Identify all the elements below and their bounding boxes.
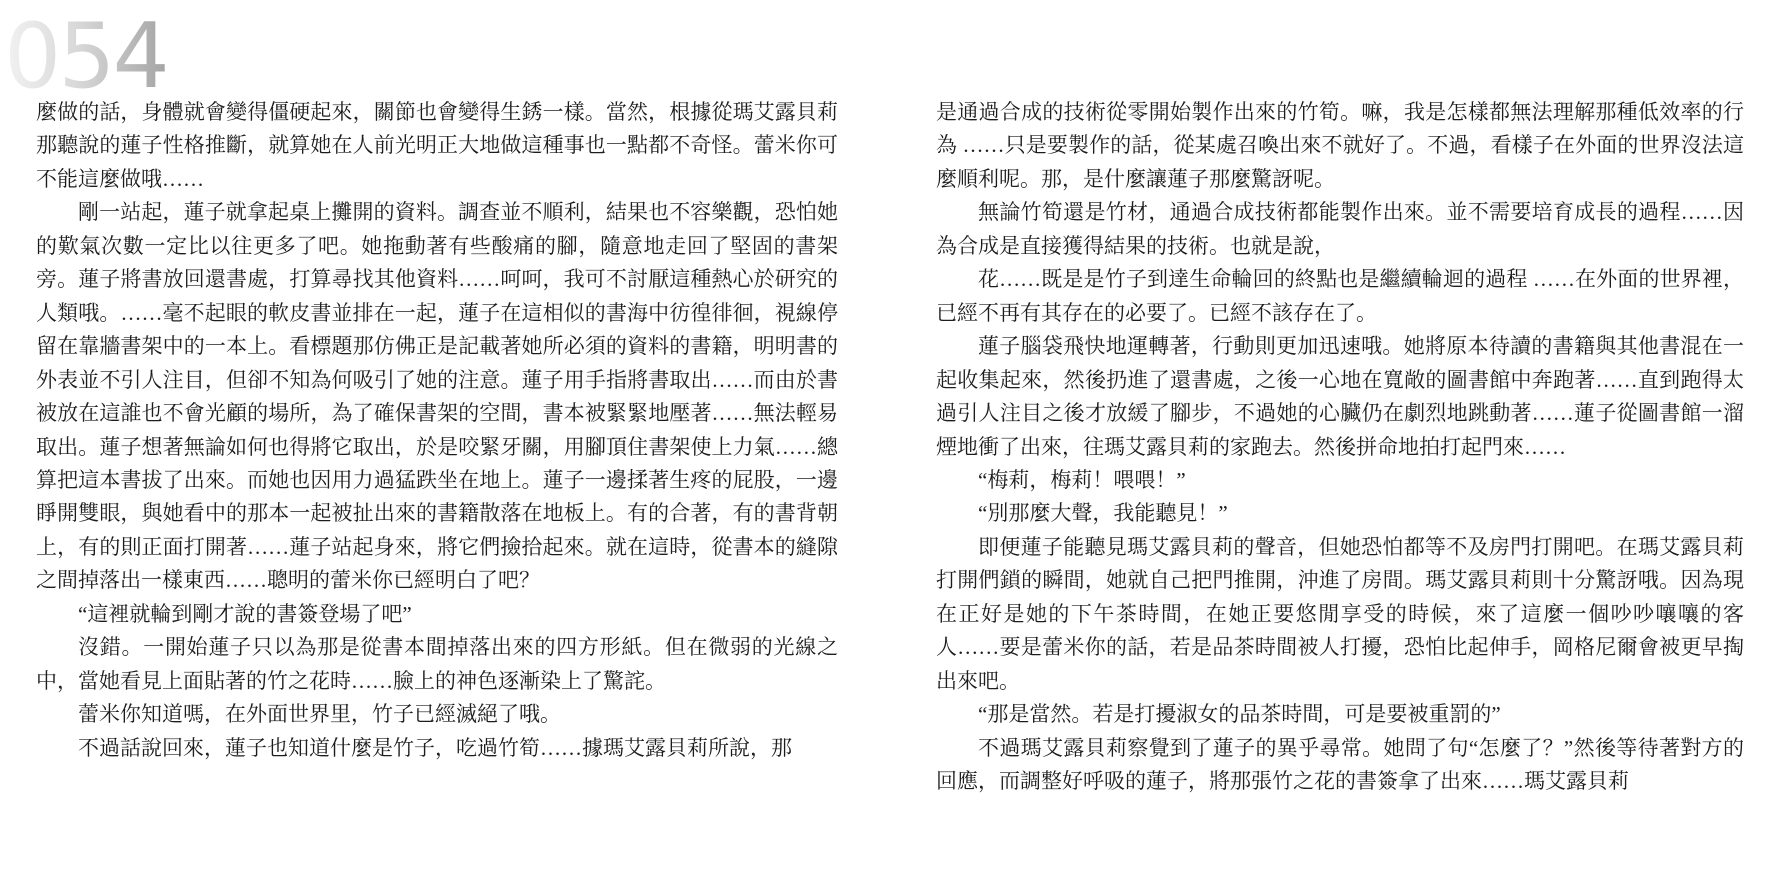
paragraph-quote: “那是當然。若是打擾淑女的品茶時間，可是要被重罰的” — [936, 698, 1744, 731]
paragraph: 不過瑪艾露貝莉察覺到了蓮子的異乎尋常。她問了句“怎麼了？”然後等待著對方的回應，… — [936, 732, 1744, 799]
paragraph: 剛一站起，蓮子就拿起桌上攤開的資料。調查並不順利，結果也不容樂觀，恐怕她的歎氣次… — [36, 196, 838, 597]
paragraph-quote: “梅莉，梅莉！喂喂！” — [936, 464, 1744, 497]
paragraph: 花……既是是竹子到達生命輪回的終點也是繼續輪迴的過程 ……在外面的世界裡，已經不… — [936, 263, 1744, 330]
paragraph: 即便蓮子能聽見瑪艾露貝莉的聲音，但她恐怕都等不及房門打開吧。在瑪艾露貝莉打開們鎖… — [936, 531, 1744, 698]
text-column-right: 是通過合成的技術從零開始製作出來的竹筍。嘛，我是怎樣都無法理解那種低效率的行為 … — [936, 96, 1744, 799]
paragraph: 不過話說回來，蓮子也知道什麼是竹子，吃過竹筍……據瑪艾露貝莉所說，那 — [36, 732, 838, 765]
paragraph: 麼做的話，身體就會變得僵硬起來，關節也會變得生銹一樣。當然，根據從瑪艾露貝莉那聽… — [36, 96, 838, 196]
text-column-left: 麼做的話，身體就會變得僵硬起來，關節也會變得生銹一樣。當然，根據從瑪艾露貝莉那聽… — [36, 96, 838, 765]
page-number: 054 — [4, 12, 167, 102]
paragraph: 無論竹筍還是竹材，通過合成技術都能製作出來。並不需要培育成長的過程……因為合成是… — [936, 196, 1744, 263]
paragraph: 是通過合成的技術從零開始製作出來的竹筍。嘛，我是怎樣都無法理解那種低效率的行為 … — [936, 96, 1744, 196]
paragraph: 沒錯。一開始蓮子只以為那是從書本間掉落出來的四方形紙。但在微弱的光線之中，當她看… — [36, 631, 838, 698]
paragraph: 蓮子腦袋飛快地運轉著，行動則更加迅速哦。她將原本待讀的書籍與其他書混在一起收集起… — [936, 330, 1744, 464]
paragraph-quote: “這裡就輪到剛才說的書簽登場了吧” — [36, 598, 838, 631]
paragraph: 蕾米你知道嗎，在外面世界里，竹子已經滅絕了哦。 — [36, 698, 838, 731]
paragraph-quote: “別那麼大聲，我能聽見！” — [936, 497, 1744, 530]
book-page: 054 麼做的話，身體就會變得僵硬起來，關節也會變得生銹一樣。當然，根據從瑪艾露… — [0, 0, 1772, 886]
